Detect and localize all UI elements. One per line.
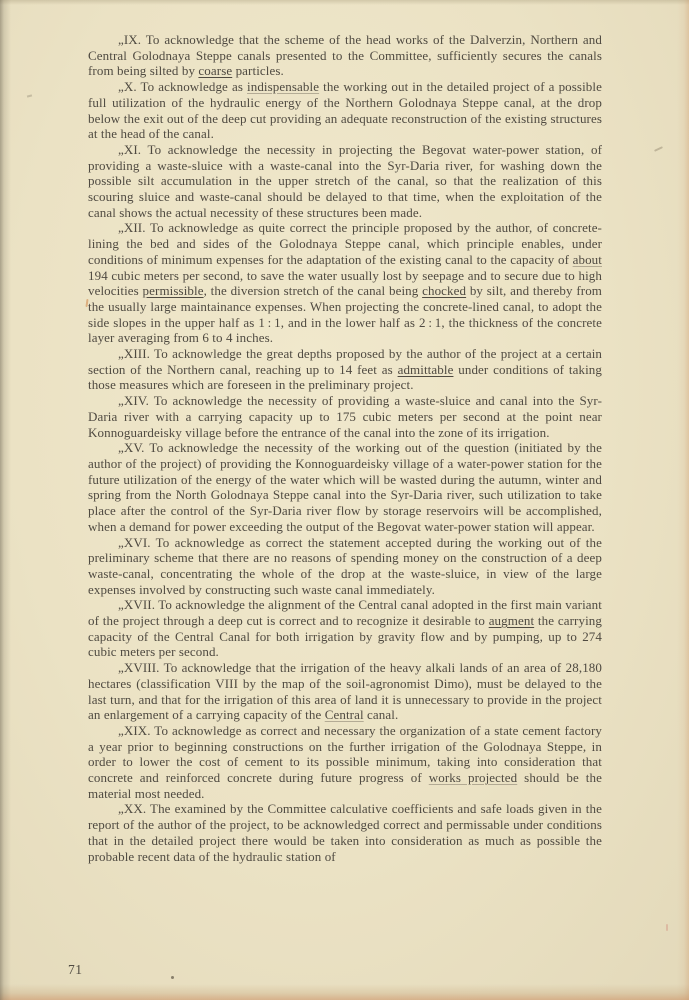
document-body-text: „IX. To acknowledge that the scheme of t… xyxy=(88,32,602,864)
underlined-word: admittable xyxy=(398,362,454,377)
underlined-word: about xyxy=(573,252,602,267)
paragraph: „XVII. To acknowledge the alignment of t… xyxy=(88,597,602,660)
paragraph: „XVI. To acknowledge as correct the stat… xyxy=(88,535,602,598)
text-run: „XI. To acknowledge the necessity in pro… xyxy=(88,142,602,220)
paragraph: „XII. To acknowledge as quite correct th… xyxy=(88,220,602,346)
underlined-word: works projected xyxy=(429,770,517,785)
scanned-document-page: { "page": { "number": "71", "text_color"… xyxy=(0,0,689,1000)
paragraph: „XX. The examined by the Committee calcu… xyxy=(88,801,602,864)
underlined-word: augment xyxy=(489,613,534,628)
paragraph: „XIV. To acknowledge the necessity of pr… xyxy=(88,393,602,440)
text-run: „XII. To acknowledge as quite correct th… xyxy=(88,220,602,266)
paragraph: „X. To acknowledge as indispensable the … xyxy=(88,79,602,142)
text-run: canal. xyxy=(364,707,399,722)
text-run: , the diversion stretch of the canal bei… xyxy=(204,283,423,298)
paragraph: „XI. To acknowledge the necessity in pro… xyxy=(88,142,602,221)
text-run: „XVI. To acknowledge as correct the stat… xyxy=(88,535,602,597)
text-run: „XIV. To acknowledge the necessity of pr… xyxy=(88,393,602,439)
paragraph: „XV. To acknowledge the necessity of the… xyxy=(88,440,602,534)
paragraph: „XIII. To acknowledge the great depths p… xyxy=(88,346,602,393)
text-run: „IX. To acknowledge that the scheme of t… xyxy=(88,32,602,78)
underlined-word: chocked xyxy=(422,283,466,298)
text-run: particles. xyxy=(232,63,284,78)
text-run: „XX. The examined by the Committee calcu… xyxy=(88,801,602,863)
text-run: „X. To acknowledge as xyxy=(118,79,247,94)
underlined-word: coarse xyxy=(198,63,232,78)
text-run: „XV. To acknowledge the necessity of the… xyxy=(88,440,602,534)
underlined-word: permissible xyxy=(143,283,204,298)
page-number: 71 xyxy=(68,962,83,978)
underlined-word: indispensable xyxy=(247,79,319,94)
paragraph: „XIX. To acknowledge as correct and nece… xyxy=(88,723,602,802)
paragraph: „XVIII. To acknowledge that the irrigati… xyxy=(88,660,602,723)
paragraph: „IX. To acknowledge that the scheme of t… xyxy=(88,32,602,79)
underlined-word: Central xyxy=(325,707,364,722)
